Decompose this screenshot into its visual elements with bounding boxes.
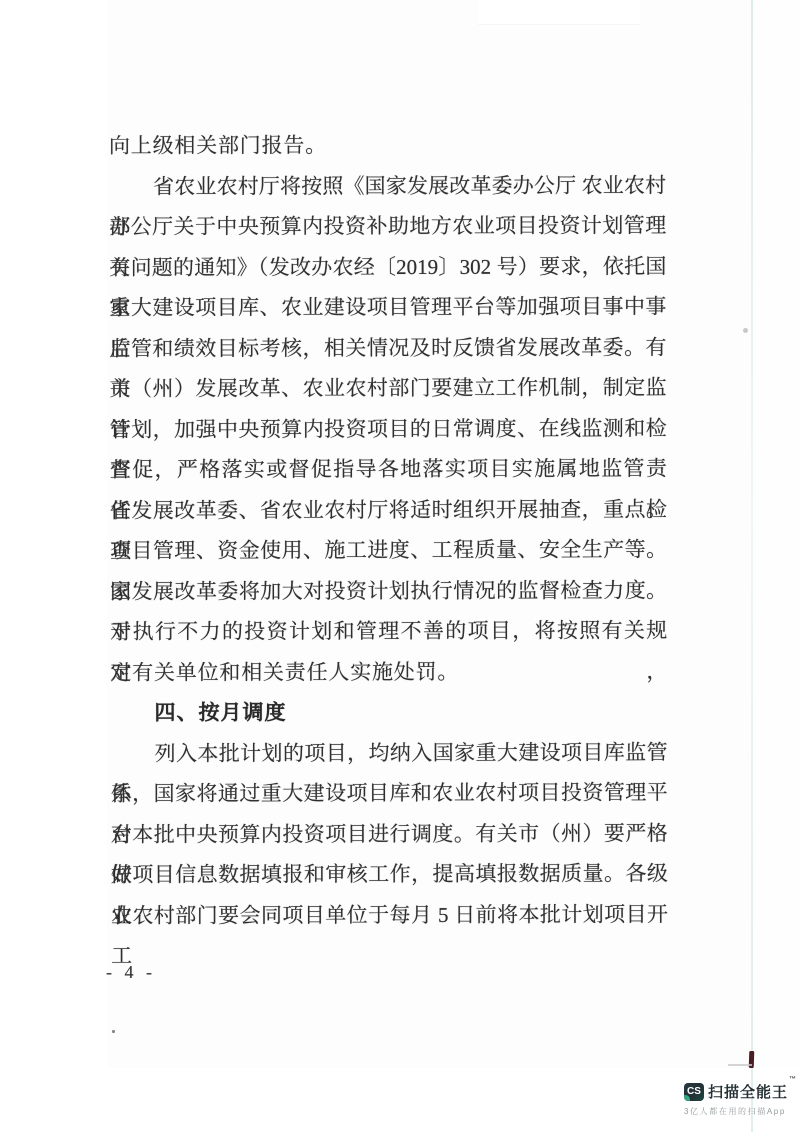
document-line: 项目管理、资金使用、施工进度、工程质量、安全生产等。国 <box>110 529 667 571</box>
document-line: 业农村部门要会同项目单位于每月 5 日前将本批计划项目开工 <box>111 894 668 936</box>
camscanner-watermark: CS 扫描全能王™ 3亿人都在用的扫描App <box>684 1081 800 1117</box>
document-line: 对本批中央预算内投资项目进行调度。有关市（州）要严格做 <box>111 813 668 855</box>
scan-artifact-gray-line <box>728 1064 752 1066</box>
camscanner-logo-text: CS <box>687 1086 701 1097</box>
document-line: 计划，加强中央预算内投资项目的日常调度、在线监测和检查 <box>110 408 667 450</box>
document-line: 系，国家将通过重大建设项目库和农业农村项目投资管理平台 <box>111 772 668 814</box>
document-line: 好项目信息数据填报和审核工作，提高填报数据质量。各级农 <box>111 853 668 895</box>
section-heading: 四、按月调度 <box>110 691 667 733</box>
document-line: 省发展改革委、省农业农村厅将适时组织开展抽查，重点检查 <box>110 489 667 531</box>
document-body: 向上级相关部门报告。 省农业农村厅将按照《国家发展改革委办公厅 农业农村部 办公… <box>109 124 668 935</box>
trademark-symbol: ™ <box>789 1076 797 1083</box>
scan-edge-left <box>0 0 107 1132</box>
document-line: 市（州）发展改革、农业农村部门要建立工作机制，制定监管 <box>110 367 667 409</box>
document-line: 重大建设项目库、农业建设项目管理平台等加强项目事中事后 <box>109 286 666 328</box>
scan-fold-line <box>751 0 753 1132</box>
scan-artifact-top-strip <box>478 0 640 25</box>
scanned-document-page: 向上级相关部门报告。 省农业农村厅将按照《国家发展改革委办公厅 农业农村部 办公… <box>0 0 800 1132</box>
document-line: 监管和绩效目标考核，相关情况及时反馈省发展改革委。有关 <box>109 327 666 369</box>
document-line: 办公厅关于中央预算内投资补助地方农业项目投资计划管理有 <box>109 205 666 247</box>
camscanner-logo-icon: CS <box>684 1083 704 1101</box>
document-line: 列入本批计划的项目，均纳入国家重大建设项目库监管体 <box>111 732 668 774</box>
scan-edge-bottom <box>0 1068 800 1132</box>
document-line: 省农业农村厅将按照《国家发展改革委办公厅 农业农村部 <box>109 165 666 207</box>
scan-artifact-dot <box>743 328 748 333</box>
scan-artifact-speck <box>112 1030 115 1033</box>
page-number: - 4 - <box>106 962 156 983</box>
camscanner-app-name: 扫描全能王™ <box>708 1081 796 1102</box>
document-line: 向上级相关部门报告。 <box>109 124 666 166</box>
document-line: 于执行不力的投资计划和管理不善的项目，将按照有关规定， <box>110 610 667 652</box>
document-line: 督促，严格落实或督促指导各地落实项目实施属地监管责任。 <box>110 448 667 490</box>
document-line: 关问题的通知》（发改办农经〔2019〕302 号）要求，依托国家 <box>109 246 666 288</box>
document-line: 家发展改革委将加大对投资计划执行情况的监督检查力度。对 <box>110 570 667 612</box>
scan-edge-right <box>753 0 800 1132</box>
camscanner-tagline: 3亿人都在用的扫描App <box>684 1106 800 1117</box>
